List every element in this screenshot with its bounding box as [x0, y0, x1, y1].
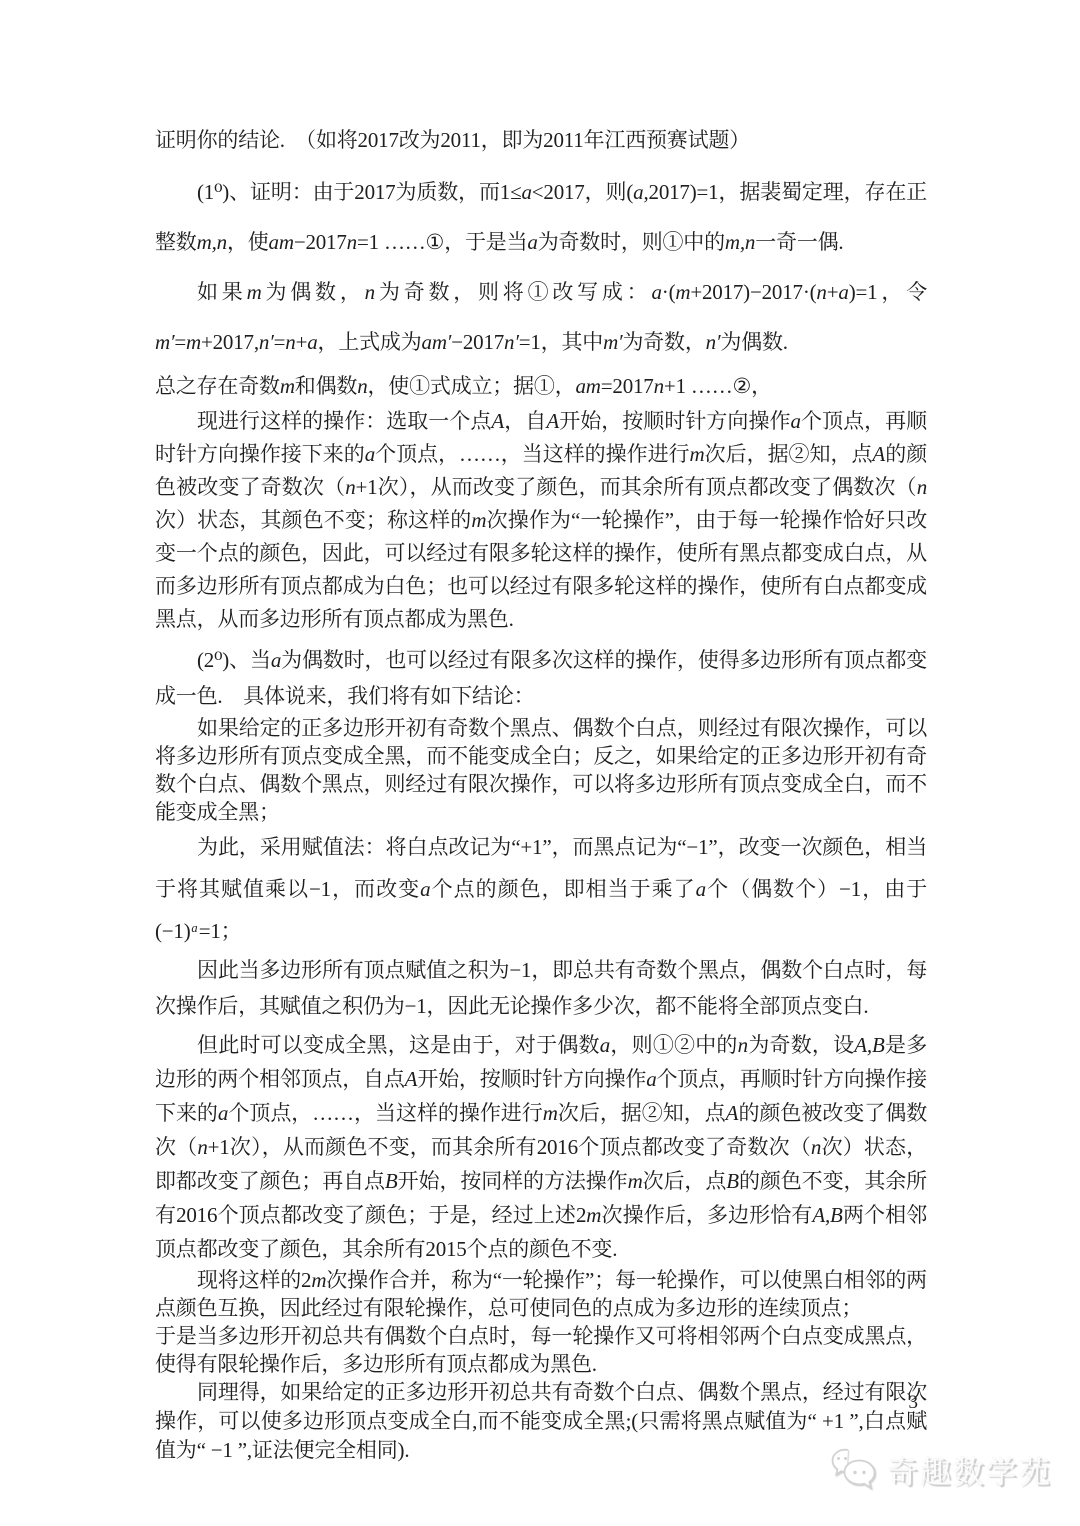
paragraph-proof-case1: (1⁰)、证明：由于2017为质数，而1≤a<2017，则(a,2017)=1，… — [155, 167, 927, 267]
paragraph-summary-parity: 总之存在奇数m和偶数n，使①式成立；据①，am=2017n+1 ……②， — [155, 367, 927, 405]
paragraph-even-white-case: 于是当多边形开初总共有偶数个白点时，每一轮操作又可将相邻两个白点变成黑点，使得有… — [155, 1322, 927, 1378]
paragraph-operation-description: 现进行这样的操作：选取一个点A，自A开始，按顺时针方向操作a个顶点，再顺时针方向… — [155, 405, 927, 636]
paragraph-conclusion-statement: 如果给定的正多边形开初有奇数个黑点、偶数个白点，则经过有限次操作，可以将多边形所… — [155, 714, 927, 826]
paragraph-symmetric-case: 同理得，如果给定的正多边形开初总共有奇数个白点、偶数个黑点，经过有限次操作，可以… — [155, 1378, 927, 1465]
paragraph-conclusion-note: 证明你的结论. （如将2017改为2011，即为2011年江西预赛试题） — [155, 124, 927, 157]
watermark: 奇趣数学苑 — [827, 1446, 1052, 1492]
paragraph-rewrite-formula: 如果m为偶数，n为奇数，则将①改写成：a·(m+2017)−2017·(n+a)… — [155, 267, 927, 367]
wechat-bubbles-icon — [827, 1446, 879, 1492]
paragraph-valuation-method: 为此，采用赋值法：将白点改记为“+1”，而黑点记为“−1”，改变一次颜色，相当于… — [155, 826, 927, 952]
paragraph-product-invariant: 因此当多边形所有顶点赋值之积为−1，即总共有奇数个黑点，偶数个白点时，每次操作后… — [155, 952, 927, 1024]
document-content: 证明你的结论. （如将2017改为2011，即为2011年江西预赛试题） (1⁰… — [155, 124, 927, 1465]
paragraph-round-operation: 现将这样的2m次操作合并，称为“一轮操作”；每一轮操作，可以使黑白相邻的两点颜色… — [155, 1266, 927, 1322]
page-number: 3 — [909, 1392, 919, 1414]
paragraph-case2-intro: (2⁰)、当a为偶数时，也可以经过有限多次这样的操作，使得多边形所有顶点都变成一… — [155, 642, 927, 714]
watermark-text: 奇趣数学苑 — [887, 1447, 1052, 1492]
paragraph-all-black-argument: 但此时可以变成全黑，这是由于，对于偶数a，则①②中的n为奇数，设A,B是多边形的… — [155, 1028, 927, 1266]
document-page: 证明你的结论. （如将2017改为2011，即为2011年江西预赛试题） (1⁰… — [0, 0, 1080, 1526]
